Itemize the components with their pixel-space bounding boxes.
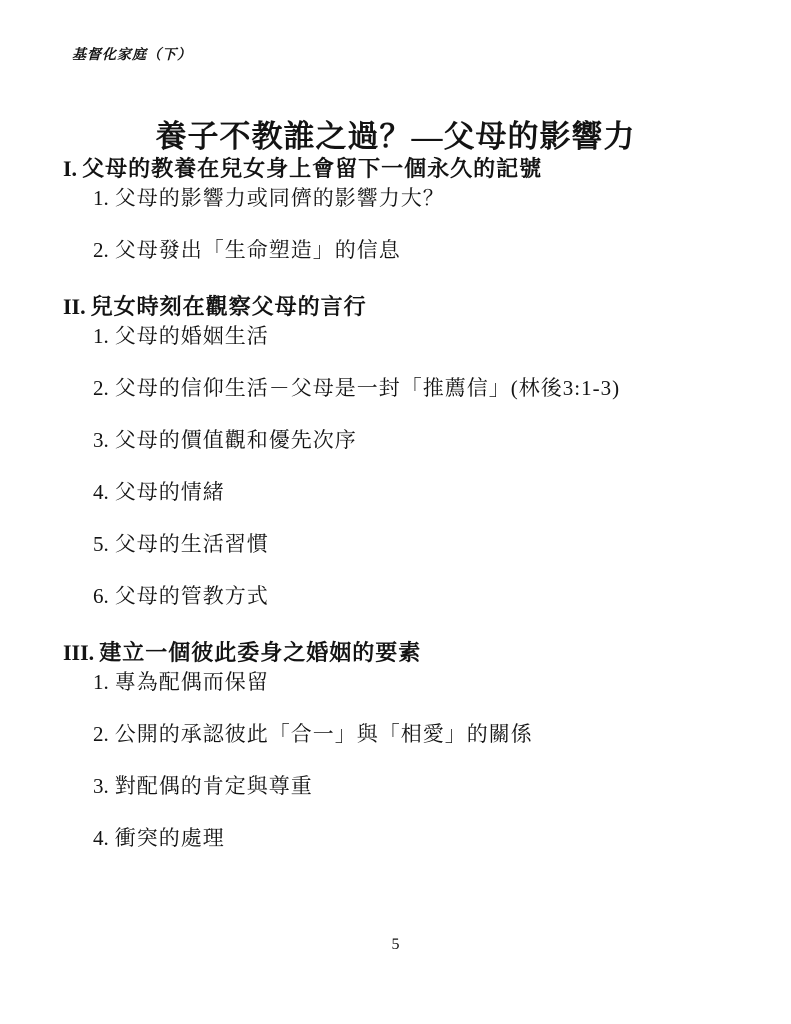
section-numeral: III.	[63, 640, 94, 665]
page-number: 5	[0, 936, 791, 954]
outline-item: 2.父母發出「生命塑造」的信息	[93, 238, 761, 263]
outline-section-3: III.建立一個彼此委身之婚姻的要素 1.專為配偶而保留 2.公開的承認彼此「合…	[63, 640, 761, 851]
item-text: 衝突的處理	[115, 826, 225, 850]
outline-item: 4.衝突的處理	[93, 826, 761, 851]
outline-item: 2.父母的信仰生活－父母是一封「推薦信」(林後3:1-3)	[93, 376, 761, 401]
item-text: 父母的管教方式	[115, 584, 269, 608]
outline-item: 1.父母的婚姻生活	[93, 324, 761, 349]
page-title: 養子不教誰之過？—父母的影響力	[0, 111, 791, 156]
item-number: 5.	[93, 532, 109, 556]
outline-item: 4.父母的情緒	[93, 480, 761, 505]
item-text: 對配偶的肯定與尊重	[115, 774, 313, 798]
item-text: 公開的承認彼此「合一」與「相愛」的關係	[115, 722, 533, 746]
item-number: 1.	[93, 324, 109, 348]
outline-item: 2.公開的承認彼此「合一」與「相愛」的關係	[93, 722, 761, 747]
item-number: 1.	[93, 186, 109, 210]
outline-item: 6.父母的管教方式	[93, 584, 761, 609]
item-number: 2.	[93, 238, 109, 262]
item-text: 父母的婚姻生活	[115, 324, 269, 348]
item-text: 父母的情緒	[115, 480, 225, 504]
item-text: 父母的生活習慣	[115, 532, 269, 556]
item-number: 4.	[93, 480, 109, 504]
outline-item: 3.對配偶的肯定與尊重	[93, 774, 761, 799]
section-heading: II.兒女時刻在觀察父母的言行	[63, 294, 761, 319]
section-numeral: I.	[63, 156, 77, 181]
outline-item: 1.父母的影響力或同儕的影響力大？	[93, 186, 761, 211]
section-heading: I.父母的教養在兒女身上會留下一個永久的記號	[63, 156, 761, 181]
item-number: 3.	[93, 774, 109, 798]
item-number: 1.	[93, 670, 109, 694]
item-number: 3.	[93, 428, 109, 452]
section-numeral: II.	[63, 294, 86, 319]
item-number: 6.	[93, 584, 109, 608]
outline-section-1: I.父母的教養在兒女身上會留下一個永久的記號 1.父母的影響力或同儕的影響力大？…	[63, 156, 761, 263]
running-header: 基督化家庭（下）	[72, 44, 192, 64]
item-number: 2.	[93, 376, 109, 400]
outline-item: 1.專為配偶而保留	[93, 670, 761, 695]
section-heading-text: 建立一個彼此委身之婚姻的要素	[99, 640, 421, 665]
item-text: 專為配偶而保留	[115, 670, 269, 694]
item-text: 父母的價值觀和優先次序	[115, 428, 357, 452]
item-text: 父母的信仰生活－父母是一封「推薦信」(林後3:1-3)	[115, 376, 620, 400]
section-heading-text: 兒女時刻在觀察父母的言行	[91, 294, 367, 319]
item-text: 父母發出「生命塑造」的信息	[115, 238, 401, 262]
outline: I.父母的教養在兒女身上會留下一個永久的記號 1.父母的影響力或同儕的影響力大？…	[63, 156, 761, 851]
outline-item: 5.父母的生活習慣	[93, 532, 761, 557]
document-page: 基督化家庭（下） 養子不教誰之過？—父母的影響力 I.父母的教養在兒女身上會留下…	[0, 0, 791, 1024]
item-number: 4.	[93, 826, 109, 850]
item-number: 2.	[93, 722, 109, 746]
outline-item: 3.父母的價值觀和優先次序	[93, 428, 761, 453]
outline-section-2: II.兒女時刻在觀察父母的言行 1.父母的婚姻生活 2.父母的信仰生活－父母是一…	[63, 294, 761, 609]
section-heading-text: 父母的教養在兒女身上會留下一個永久的記號	[82, 156, 542, 181]
item-text: 父母的影響力或同儕的影響力大？	[115, 186, 445, 210]
section-heading: III.建立一個彼此委身之婚姻的要素	[63, 640, 761, 665]
